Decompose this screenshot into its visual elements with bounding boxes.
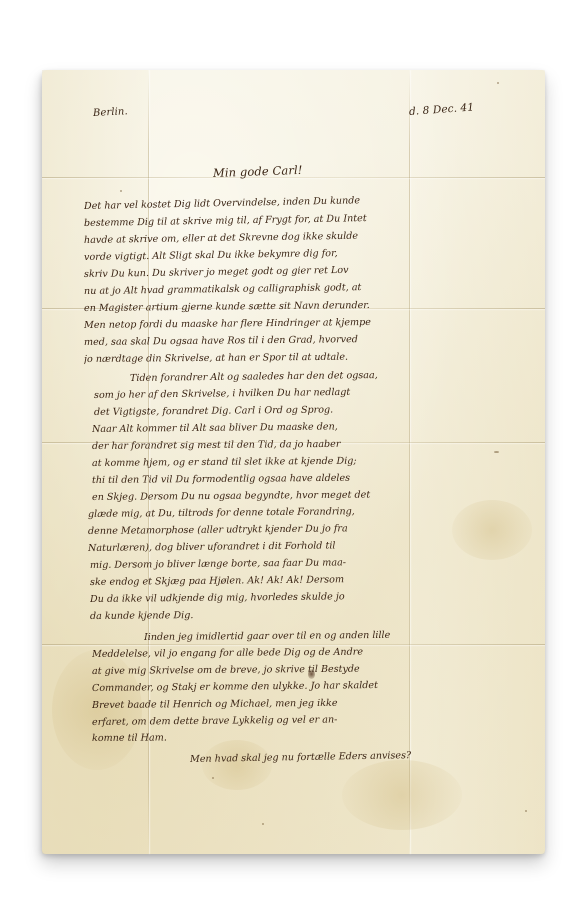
letter-line: Naturlæren), dog bliver uforandret i dit… xyxy=(88,538,534,554)
letter-line: der har forandret sig mest til den Tid, … xyxy=(92,437,536,452)
letter-line: med, saa skal Du ogsaa have Ros til i de… xyxy=(84,332,532,348)
letter-paper: Berlin. d. 8 Dec. 41 Min gode Carl! Det … xyxy=(42,70,545,854)
letter-line: ske endog et Skjæg paa Hjølen. Ak! Ak! A… xyxy=(90,572,534,588)
letter-line: Men netop fordi du maaske har flere Hind… xyxy=(84,315,532,331)
letter-line: denne Metamorphose (aller udtrykt kjende… xyxy=(88,521,534,537)
letter-line: det Vigtigste, forandret Dig. Carl i Ord… xyxy=(94,402,534,418)
letter-line: en Magister artium gjerne kunde sætte si… xyxy=(84,298,524,314)
letter-body: Det har vel kostet Dig lidt Overvindelse… xyxy=(42,70,545,854)
letter-line: Iinden jeg imidlertid gaar over til en o… xyxy=(144,629,530,643)
letter-line: Du da ikke vil udkjende dig mig, hvorled… xyxy=(90,589,524,605)
letter-line: Commander, og Stakj er komme den ulykke.… xyxy=(92,678,538,694)
letter-line: erfaret, om dem dette brave Lykkelig og … xyxy=(92,712,538,728)
letter-line: Brevet baade til Henrich og Michael, men… xyxy=(92,696,512,711)
letter-line: nu at jo Alt hvad grammatikalsk og calli… xyxy=(84,280,536,297)
letter-line: skriv Du kun. Du skriver jo meget godt o… xyxy=(84,262,532,280)
letter-line: Men hvad skal jeg nu fortælle Eders anvi… xyxy=(190,749,490,765)
letter-line: vorde vigtigt. Alt Sligt skal Du ikke be… xyxy=(84,245,532,263)
letter-line: at give mig Skrivelse om de breve, jo sk… xyxy=(92,662,532,677)
letter-line: jo nærdtage din Skrivelse, at han er Spo… xyxy=(84,350,504,365)
letter-line: mig. Dersom jo bliver længe borte, saa f… xyxy=(90,555,544,571)
letter-line: bestemme Dig til at skrive mig til, af F… xyxy=(84,210,536,229)
letter-line: thi til den Tid vil Du formodentlig ogsa… xyxy=(92,471,532,486)
letter-line: Det har vel kostet Dig lidt Overvindelse… xyxy=(84,192,532,212)
letter-line: havde at skrive om, eller at det Skrevne… xyxy=(84,228,536,246)
photo-stage: Berlin. d. 8 Dec. 41 Min gode Carl! Det … xyxy=(0,0,584,900)
letter-line: glæde mig, at Du, tiltrods for denne tot… xyxy=(88,504,538,520)
letter-line: at komme hjem, og er stand til slet ikke… xyxy=(92,454,538,469)
letter-line: som jo her af den Skrivelse, i hvilken D… xyxy=(94,385,534,401)
letter-line: en Skjeg. Dersom Du nu ogsaa begyndte, h… xyxy=(92,488,536,503)
letter-line: komne til Ham. xyxy=(92,732,202,744)
letter-line: da kunde kjende Dig. xyxy=(90,610,230,622)
letter-line: Meddelelse, vil jo engang for alle bede … xyxy=(92,645,532,660)
letter-line: Naar Alt kommer til Alt saa bliver Du ma… xyxy=(92,419,536,435)
letter-line: Tiden forandrer Alt og saaledes har den … xyxy=(130,368,530,384)
